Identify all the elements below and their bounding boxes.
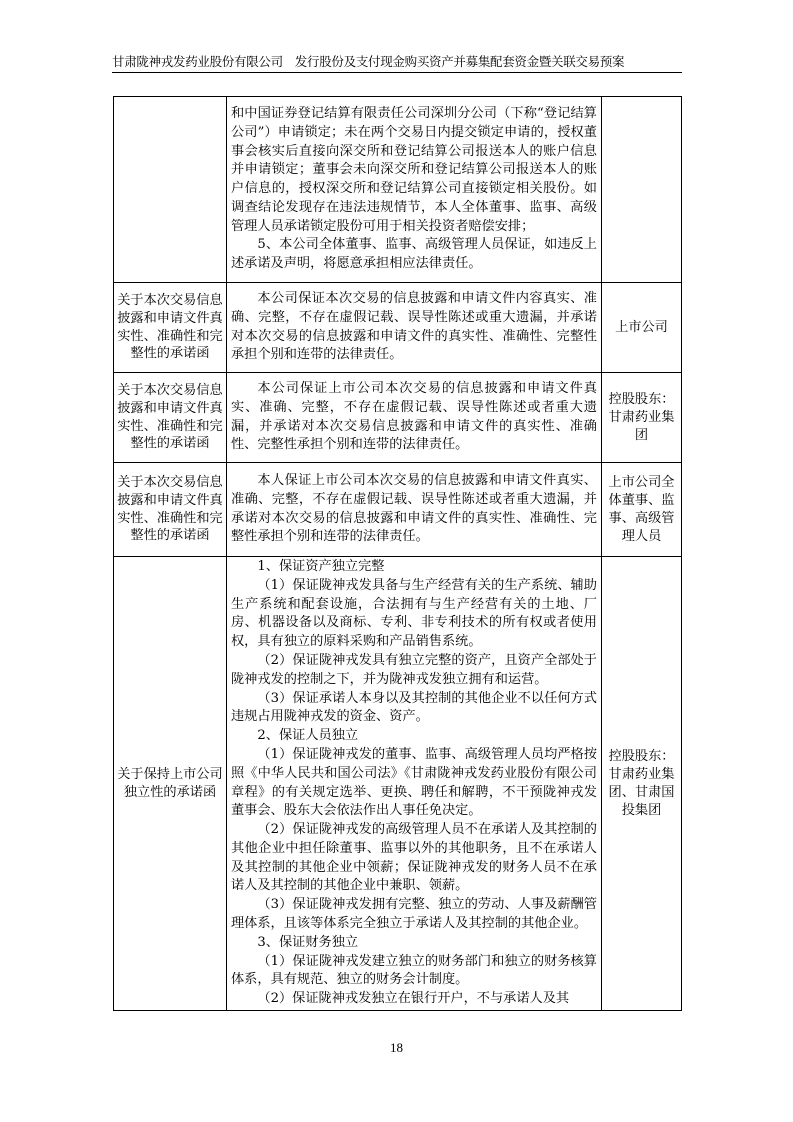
content-paragraph: 本人保证上市公司本次交易的信息披露和申请文件真实、准确、完整，不存在虚假记载、误… <box>231 472 597 547</box>
content-paragraph: 本公司保证上市公司本次交易的信息披露和申请文件真实、准确、完整，不存在虚假记载、… <box>231 380 597 455</box>
commitment-party-cell <box>602 97 682 283</box>
page-header: 甘肃陇神戎发药业股份有限公司发行股份及支付现金购买资产并募集配套资金暨关联交易预… <box>112 52 682 73</box>
commitment-content-cell: 1、保证资产独立完整 （1）保证陇神戎发具备与生产经营有关的生产系统、辅助生产系… <box>227 557 602 1011</box>
commitment-name-cell <box>114 97 227 283</box>
commitment-party-cell: 控股股东：甘肃药业集团、甘肃国投集团 <box>602 557 682 1011</box>
page-number: 18 <box>0 1040 793 1056</box>
content-paragraph: 2、保证人员独立 <box>231 727 597 746</box>
table-row: 和中国证券登记结算有限责任公司深圳分公司（下称“登记结算公司”）申请锁定；未在两… <box>114 97 682 283</box>
table-row: 关于本次交易信息披露和申请文件真实性、准确性和完整性的承诺函 本公司保证上市公司… <box>114 373 682 463</box>
content-paragraph: （2）保证陇神戎发具有独立完整的资产，且资产全部处于陇神戎发的控制之下，并为陇神… <box>231 652 597 690</box>
header-company: 甘肃陇神戎发药业股份有限公司 <box>112 54 283 69</box>
commitment-party-cell: 控股股东：甘肃药业集 团 <box>602 373 682 463</box>
commitment-content-cell: 本人保证上市公司本次交易的信息披露和申请文件真实、准确、完整，不存在虚假记载、误… <box>227 463 602 557</box>
content-paragraph: 3、保证财务独立 <box>231 934 597 953</box>
content-paragraph: （2）保证陇神戎发独立在银行开户，不与承诺人及其 <box>231 990 597 1009</box>
commitment-content-cell: 和中国证券登记结算有限责任公司深圳分公司（下称“登记结算公司”）申请锁定；未在两… <box>227 97 602 283</box>
content-paragraph: 和中国证券登记结算有限责任公司深圳分公司（下称“登记结算公司”）申请锁定；未在两… <box>231 105 597 237</box>
commitment-name-cell: 关于本次交易信息披露和申请文件真实性、准确性和完整性的承诺函 <box>114 463 227 557</box>
table-row: 关于保持上市公司独立性的承诺函 1、保证资产独立完整 （1）保证陇神戎发具备与生… <box>114 557 682 1011</box>
content-paragraph: 5、本公司全体董事、监事、高级管理人员保证，如违反上述承诺及声明，将愿意承担相应… <box>231 236 597 274</box>
commitment-party-cell: 上市公司全体董事、监事、高级管理人员 <box>602 463 682 557</box>
commitment-name-cell: 关于本次交易信息披露和申请文件真实性、准确性和完整性的承诺函 <box>114 373 227 463</box>
content-paragraph: 1、保证资产独立完整 <box>231 558 597 577</box>
commitments-table: 和中国证券登记结算有限责任公司深圳分公司（下称“登记结算公司”）申请锁定；未在两… <box>113 96 682 1011</box>
commitment-name-cell: 关于本次交易信息披露和申请文件真实性、准确性和完整性的承诺函 <box>114 283 227 373</box>
content-paragraph: （1）保证陇神戎发具备与生产经营有关的生产系统、辅助生产系统和配套设施，合法拥有… <box>231 577 597 652</box>
content-paragraph: 本公司保证本次交易的信息披露和申请文件内容真实、准确、完整，不存在虚假记载、误导… <box>231 290 597 365</box>
header-doc-title: 发行股份及支付现金购买资产并募集配套资金暨关联交易预案 <box>295 54 624 69</box>
table-row: 关于本次交易信息披露和申请文件真实性、准确性和完整性的承诺函 本人保证上市公司本… <box>114 463 682 557</box>
commitment-content-cell: 本公司保证上市公司本次交易的信息披露和申请文件真实、准确、完整，不存在虚假记载、… <box>227 373 602 463</box>
content-paragraph: （1）保证陇神戎发的董事、监事、高级管理人员均严格按照《中华人民共和国公司法》《… <box>231 746 597 821</box>
content-paragraph: （3）保证陇神戎发拥有完整、独立的劳动、人事及薪酬管理体系，且该等体系完全独立于… <box>231 896 597 934</box>
commitment-party-cell: 上市公司 <box>602 283 682 373</box>
commitment-content-cell: 本公司保证本次交易的信息披露和申请文件内容真实、准确、完整，不存在虚假记载、误导… <box>227 283 602 373</box>
table-row: 关于本次交易信息披露和申请文件真实性、准确性和完整性的承诺函 本公司保证本次交易… <box>114 283 682 373</box>
content-paragraph: （2）保证陇神戎发的高级管理人员不在承诺人及其控制的其他企业中担任除董事、监事以… <box>231 821 597 896</box>
content-paragraph: （1）保证陇神戎发建立独立的财务部门和独立的财务核算体系，具有规范、独立的财务会… <box>231 953 597 991</box>
commitment-name-cell: 关于保持上市公司独立性的承诺函 <box>114 557 227 1011</box>
content-paragraph: （3）保证承诺人本身以及其控制的其他企业不以任何方式违规占用陇神戎发的资金、资产… <box>231 690 597 728</box>
